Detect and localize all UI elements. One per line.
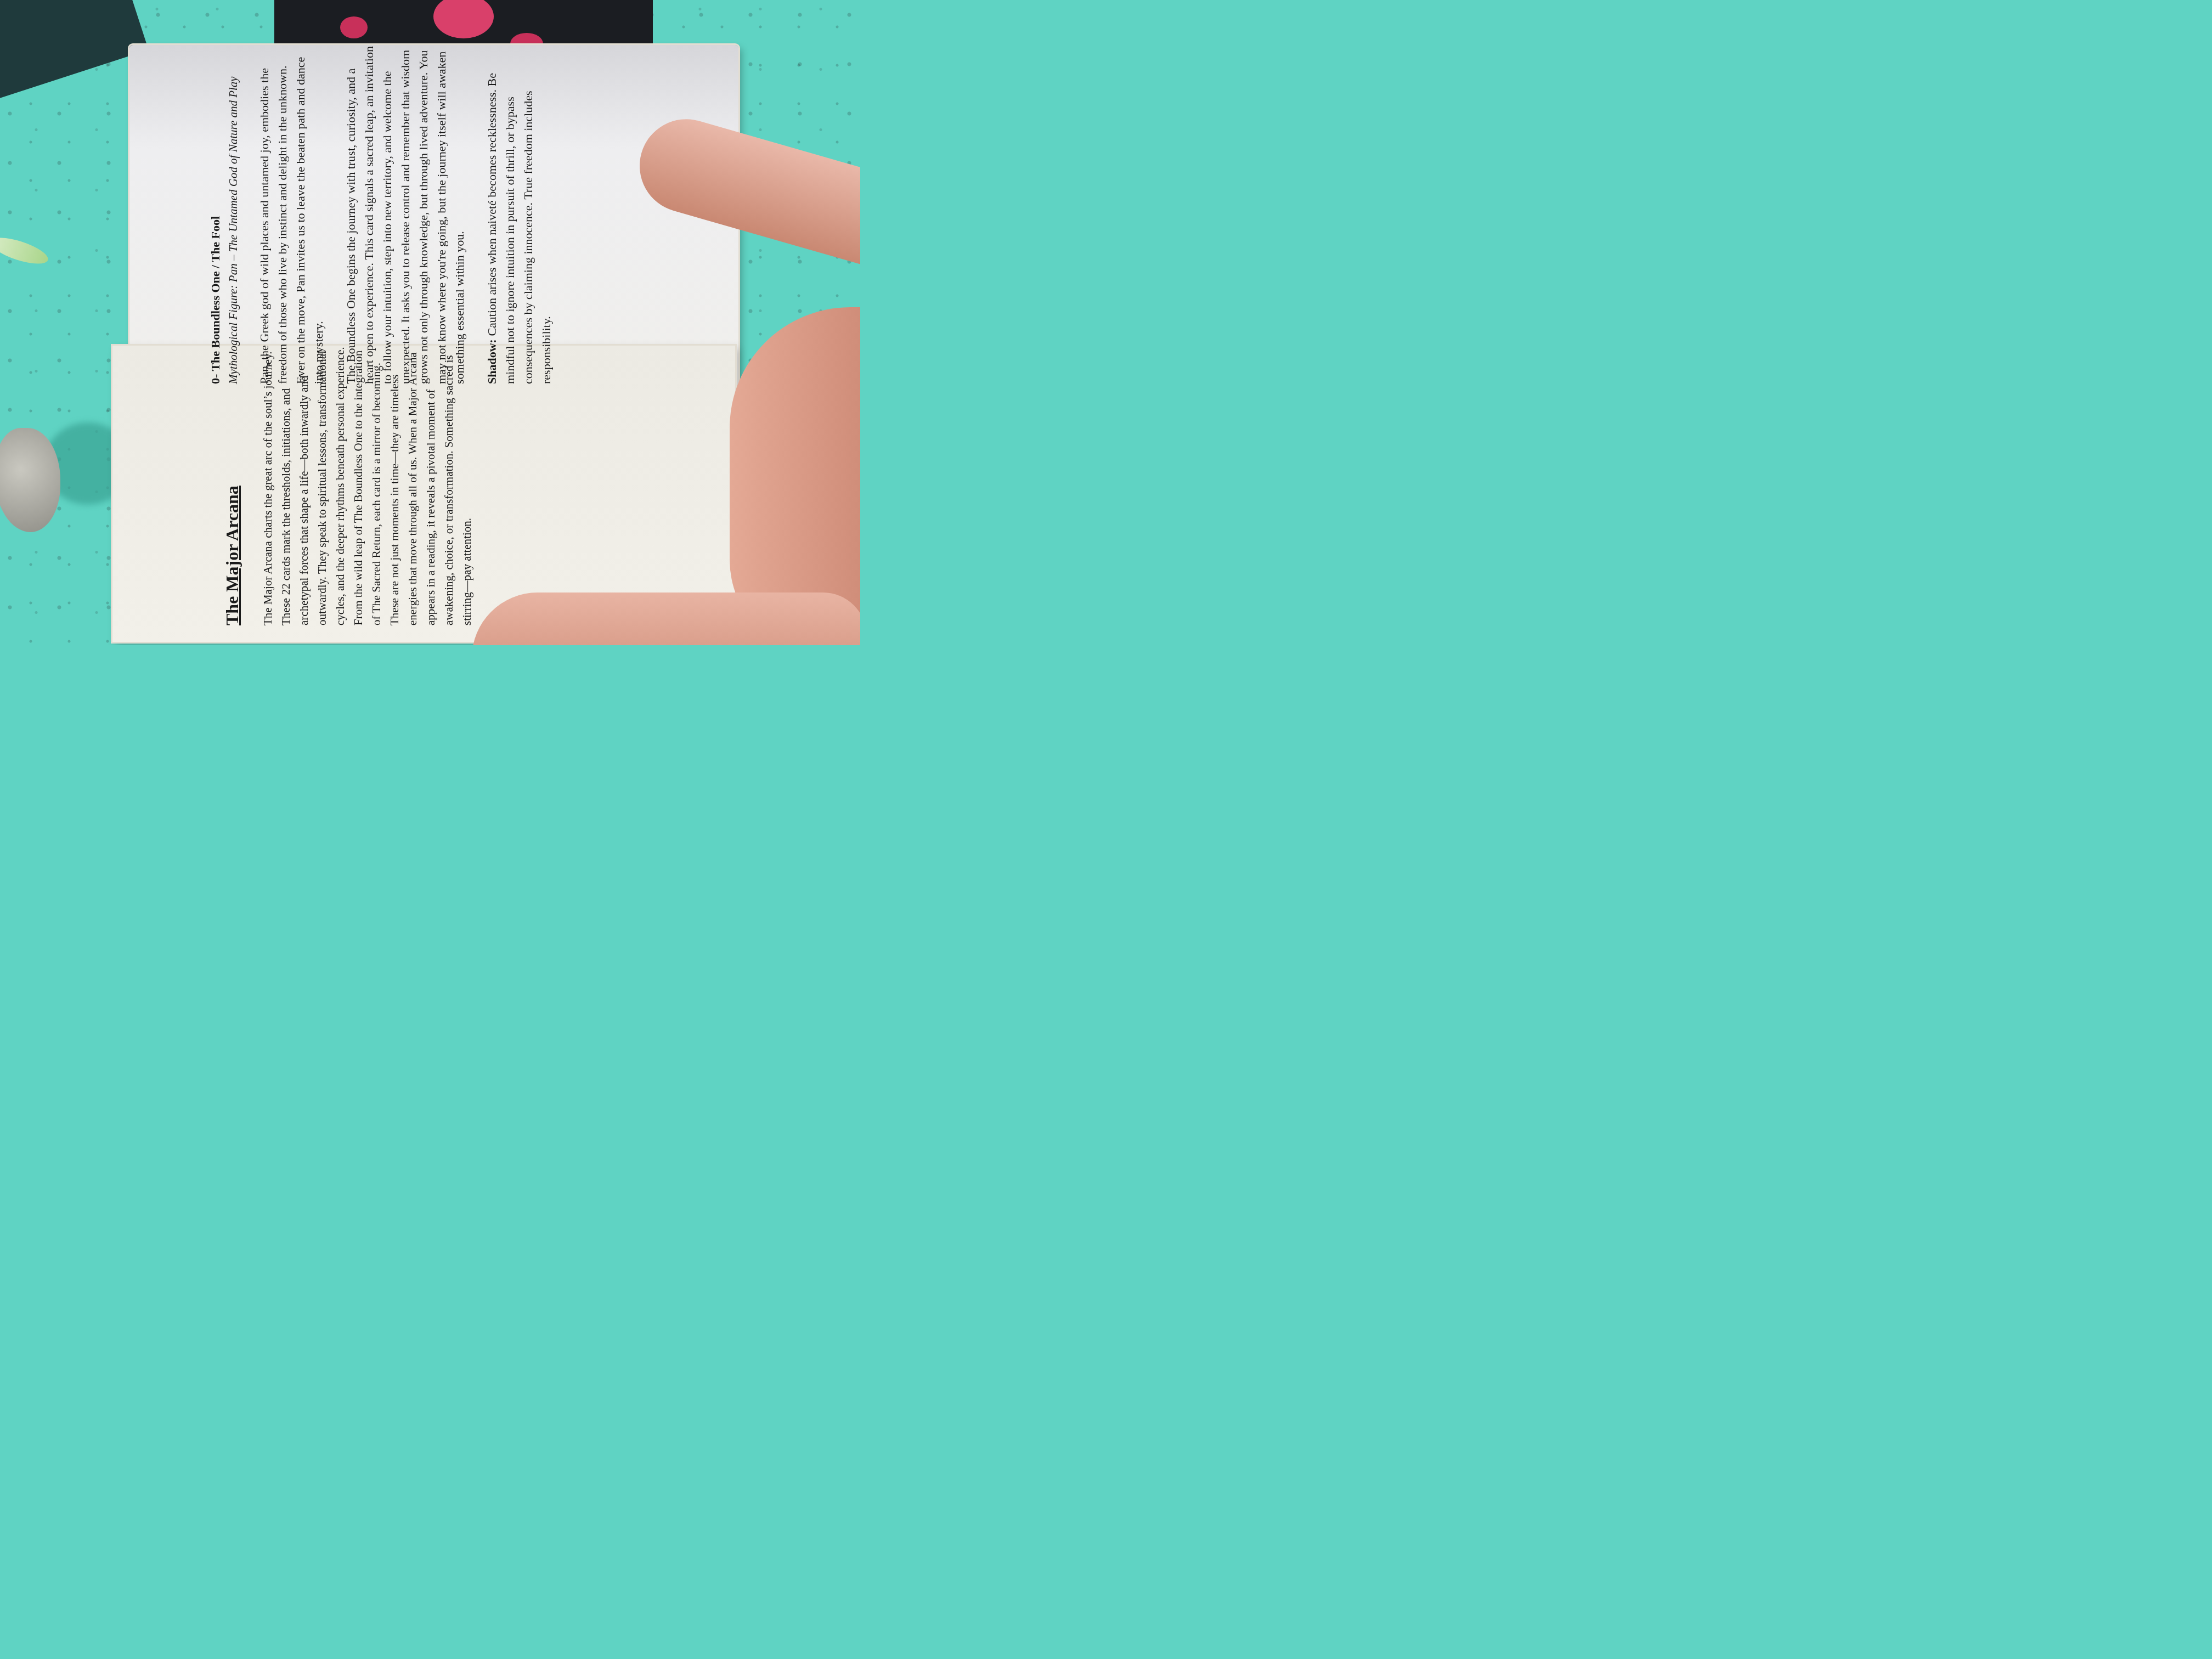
paragraph: The Boundless One begins the journey wit… bbox=[342, 44, 469, 384]
paragraph: Pan, the Greek god of wild places and un… bbox=[255, 44, 328, 384]
section-title: The Major Arcana bbox=[222, 346, 242, 625]
shadow-label: Shadow: bbox=[485, 339, 499, 384]
thumb bbox=[472, 592, 860, 645]
shadow-paragraph: Shadow: Caution arises when naiveté beco… bbox=[483, 44, 555, 384]
mythological-figure: Mythological Figure: Pan – The Untamed G… bbox=[226, 44, 241, 384]
pink-bud-icon bbox=[340, 16, 368, 38]
card-title: 0- The Boundless One / The Fool bbox=[208, 44, 223, 384]
pink-peony-icon bbox=[433, 0, 494, 38]
paragraph: The Major Arcana charts the great arc of… bbox=[259, 346, 476, 625]
left-page-content: The Major Arcana The Major Arcana charts… bbox=[222, 346, 476, 625]
shadow-text: Caution arises when naiveté becomes reck… bbox=[485, 73, 553, 384]
right-page-content: 0- The Boundless One / The Fool Mytholog… bbox=[208, 44, 555, 384]
